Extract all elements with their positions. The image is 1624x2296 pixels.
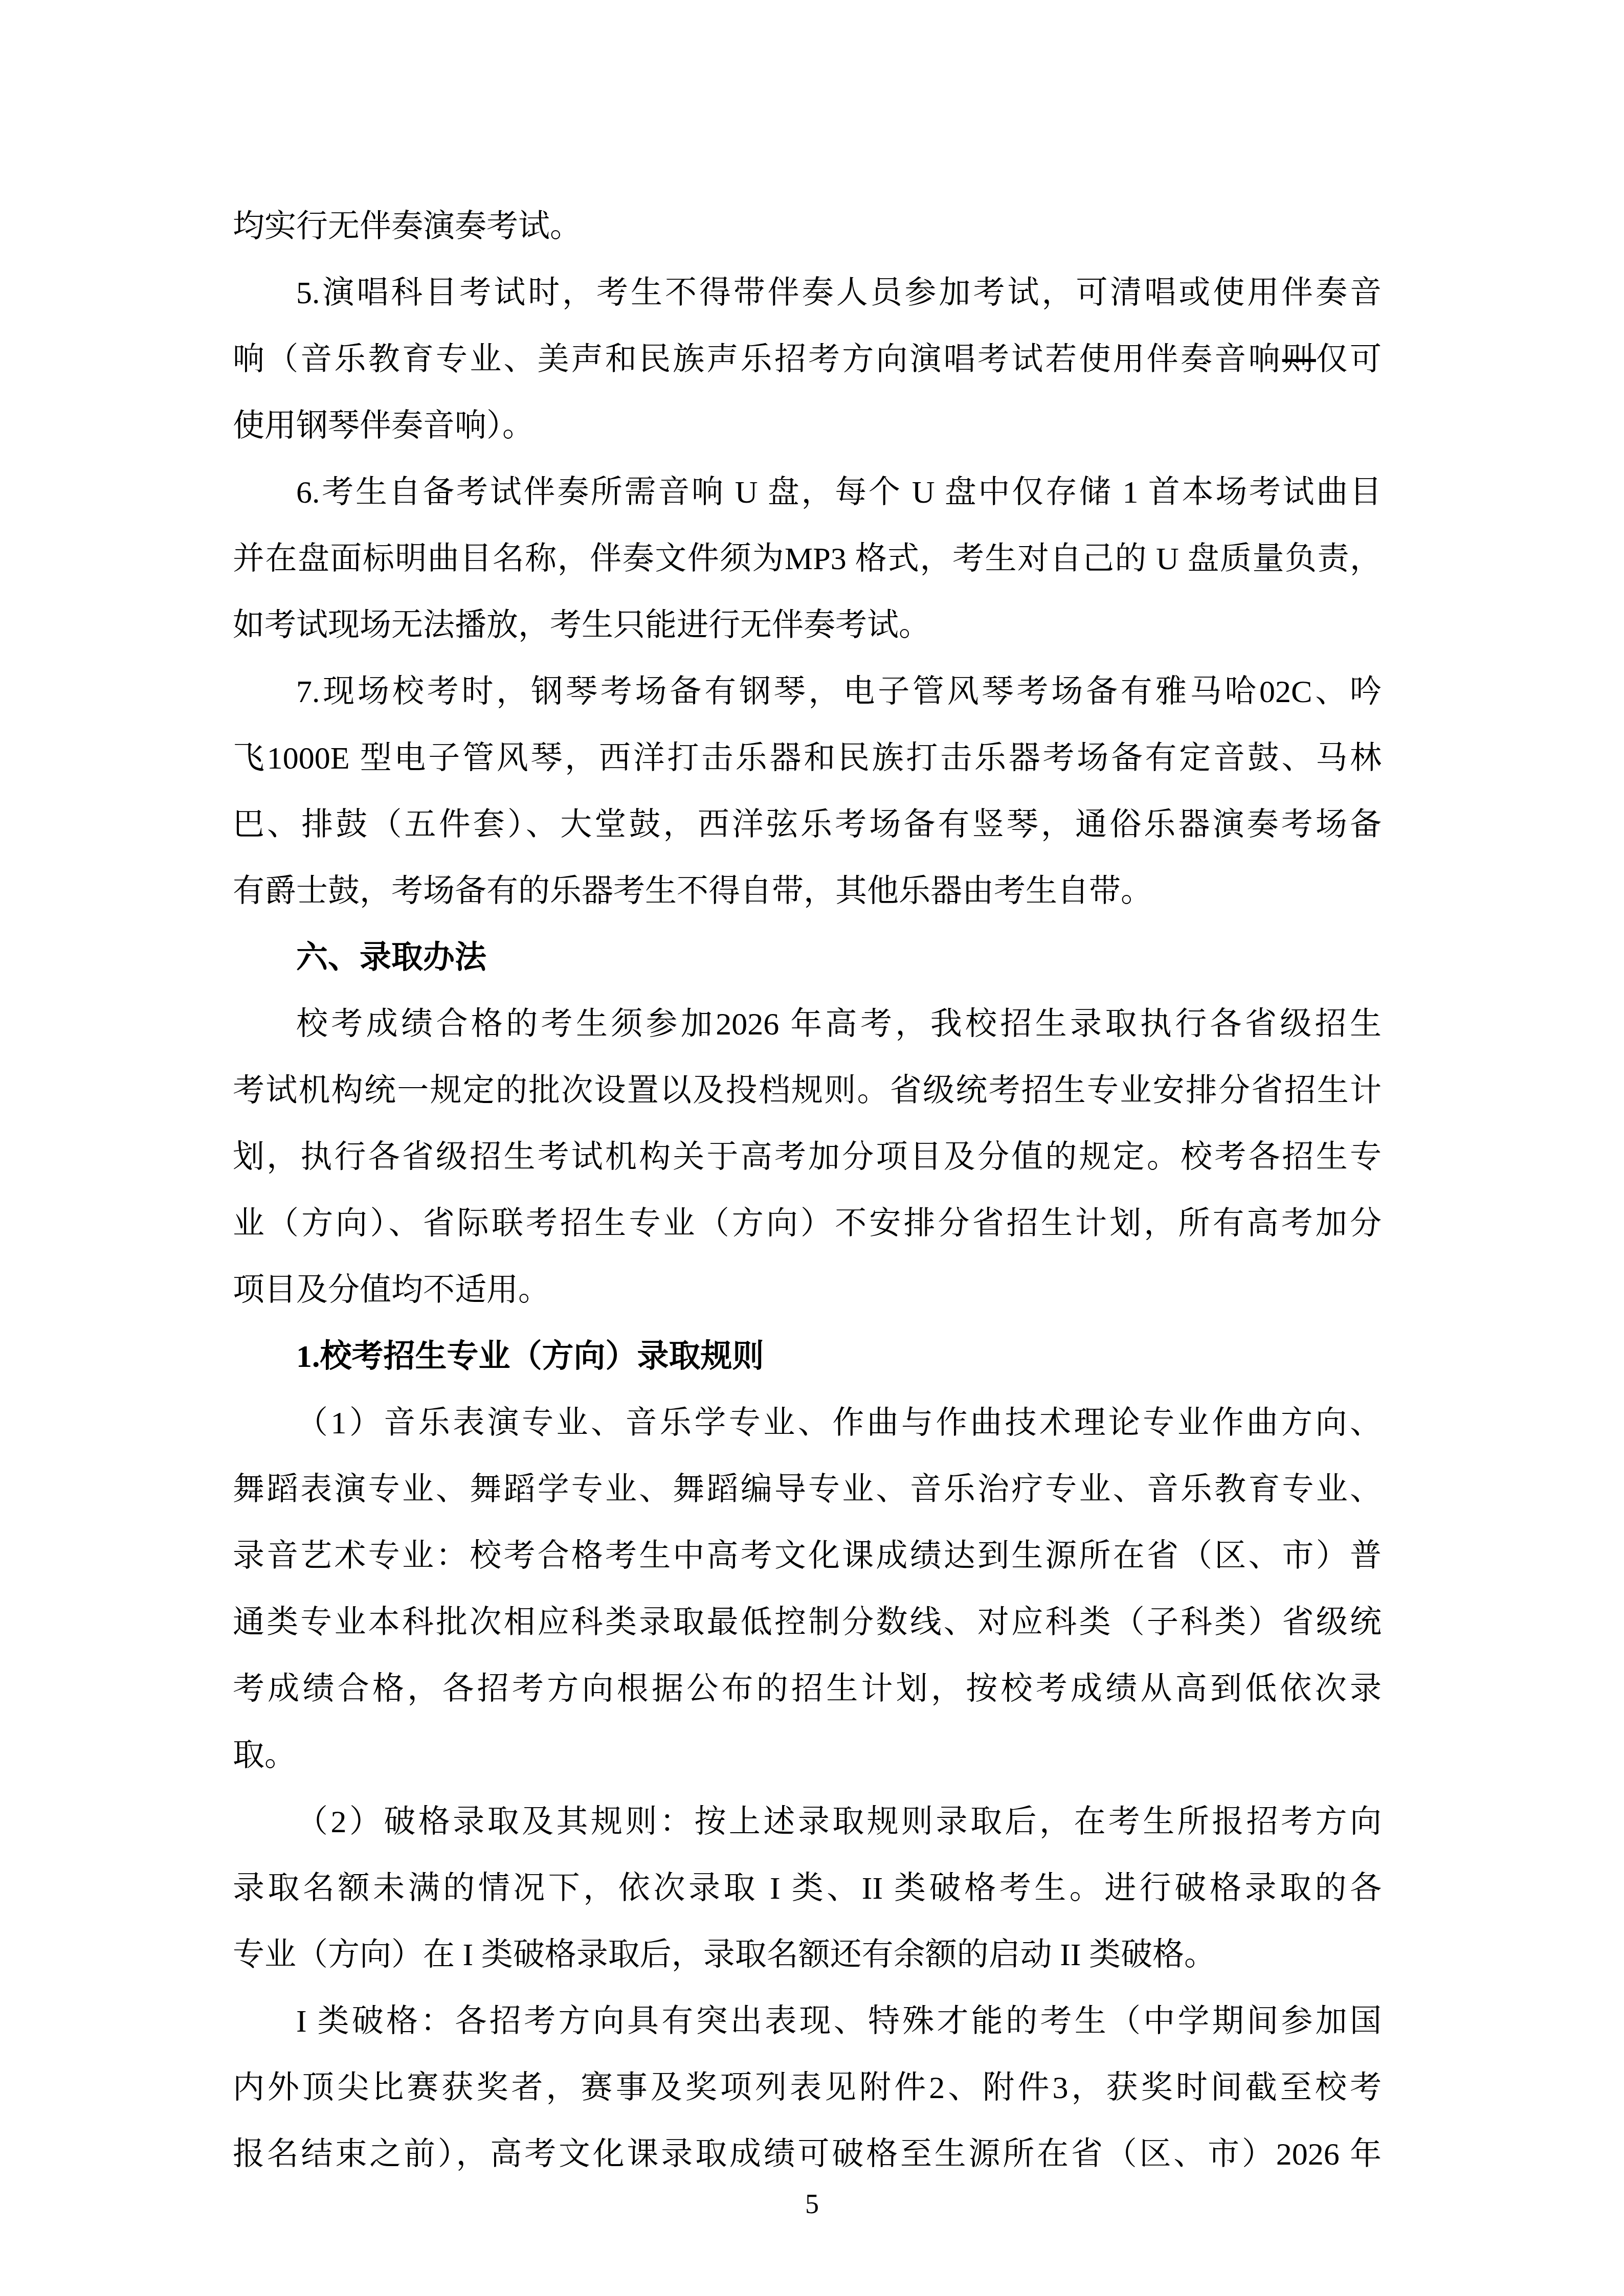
text-line: 取。 <box>233 1722 1382 1789</box>
text-line: 考试机构统一规定的批次设置以及投档规则。省级统考招生专业安排分省招生计 <box>233 1057 1382 1124</box>
line-text: 飞1000E 型电子管风琴，西洋打击乐器和民族打击乐器考场备有定音鼓、马林 <box>233 741 1382 776</box>
line-text: 业（方向）、省际联考招生专业（方向）不安排分省招生计划，所有高考加分 <box>233 1206 1382 1241</box>
line-text: 考成绩合格，各招考方向根据公布的招生计划，按校考成绩从高到低依次录 <box>233 1672 1382 1706</box>
line-text: 六、录取办法 <box>296 940 486 975</box>
line-text: 6.考生自备考试伴奏所需音响 U 盘，每个 U 盘中仅存储 1 首本场考试曲目 <box>296 475 1382 510</box>
deleted-text: 则 <box>1282 342 1316 377</box>
line-text: 考试机构统一规定的批次设置以及投档规则。省级统考招生专业安排分省招生计 <box>233 1073 1382 1108</box>
section-heading: 1.校考招生专业（方向）录取规则 <box>233 1323 1382 1390</box>
line-text: 项目及分值均不适用。 <box>233 1273 550 1308</box>
line-text: 均实行无伴奏演奏考试。 <box>233 209 582 244</box>
line-text: 仅可 <box>1316 342 1382 377</box>
text-line: （2）破格录取及其规则：按上述录取规则录取后，在考生所报招考方向 <box>233 1789 1382 1855</box>
text-line: 录取名额未满的情况下，依次录取 I 类、II 类破格考生。进行破格录取的各 <box>233 1855 1382 1922</box>
text-line: 7.现场校考时，钢琴考场备有钢琴，电子管风琴考场备有雅马哈02C、吟 <box>233 659 1382 725</box>
text-line: 使用钢琴伴奏音响）。 <box>233 393 1382 459</box>
text-line: 录音艺术专业：校考合格考生中高考文化课成绩达到生源所在省（区、市）普 <box>233 1523 1382 1589</box>
text-line: 有爵士鼓，考场备有的乐器考生不得自带，其他乐器由考生自带。 <box>233 858 1382 925</box>
line-text: 巴、排鼓（五件套）、大堂鼓，西洋弦乐考场备有竖琴，通俗乐器演奏考场备 <box>233 807 1382 842</box>
document-page: { "colors": { "text": "#000000", "backgr… <box>0 0 1624 2296</box>
line-text: 取。 <box>233 1738 296 1773</box>
document-body: 均实行无伴奏演奏考试。5.演唱科目考试时，考生不得带伴奏人员参加考试，可清唱或使… <box>233 193 1382 2188</box>
line-text: 校考成绩合格的考生须参加2026 年高考，我校招生录取执行各省级招生 <box>296 1007 1382 1042</box>
text-line: 均实行无伴奏演奏考试。 <box>233 193 1382 260</box>
line-text: （1）音乐表演专业、音乐学专业、作曲与作曲技术理论专业作曲方向、 <box>296 1406 1382 1440</box>
text-line: 5.演唱科目考试时，考生不得带伴奏人员参加考试，可清唱或使用伴奏音 <box>233 260 1382 326</box>
line-text: 舞蹈表演专业、舞蹈学专业、舞蹈编导专业、音乐治疗专业、音乐教育专业、 <box>233 1472 1382 1507</box>
line-text: 录取名额未满的情况下，依次录取 I 类、II 类破格考生。进行破格录取的各 <box>233 1871 1382 1906</box>
text-line: 考成绩合格，各招考方向根据公布的招生计划，按校考成绩从高到低依次录 <box>233 1656 1382 1722</box>
line-text: （2）破格录取及其规则：按上述录取规则录取后，在考生所报招考方向 <box>296 1805 1382 1839</box>
text-line: 巴、排鼓（五件套）、大堂鼓，西洋弦乐考场备有竖琴，通俗乐器演奏考场备 <box>233 792 1382 858</box>
line-text: 并在盘面标明曲目名称，伴奏文件须为MP3 格式，考生对自己的 U 盘质量负责， <box>233 542 1382 576</box>
line-text: 专业（方向）在 I 类破格录取后，录取名额还有余额的启动 II 类破格。 <box>233 1938 1216 1972</box>
line-text: 1.校考招生专业（方向）录取规则 <box>296 1339 764 1374</box>
section-heading: 六、录取办法 <box>233 925 1382 991</box>
line-text: 有爵士鼓，考场备有的乐器考生不得自带，其他乐器由考生自带。 <box>233 874 1152 909</box>
text-line: （1）音乐表演专业、音乐学专业、作曲与作曲技术理论专业作曲方向、 <box>233 1390 1382 1456</box>
text-line: 项目及分值均不适用。 <box>233 1257 1382 1323</box>
line-text: 报名结束之前），高考文化课录取成绩可破格至生源所在省（区、市）2026 年 <box>233 2137 1382 2172</box>
text-line: 通类专业本科批次相应科类录取最低控制分数线、对应科类（子科类）省级统 <box>233 1589 1382 1656</box>
text-line: 6.考生自备考试伴奏所需音响 U 盘，每个 U 盘中仅存储 1 首本场考试曲目 <box>233 459 1382 526</box>
text-line: 校考成绩合格的考生须参加2026 年高考，我校招生录取执行各省级招生 <box>233 991 1382 1057</box>
text-line: 并在盘面标明曲目名称，伴奏文件须为MP3 格式，考生对自己的 U 盘质量负责， <box>233 526 1382 592</box>
text-line: 内外顶尖比赛获奖者，赛事及奖项列表见附件2、附件3，获奖时间截至校考 <box>233 2055 1382 2121</box>
line-text: 如考试现场无法播放，考生只能进行无伴奏考试。 <box>233 608 930 643</box>
text-line: 舞蹈表演专业、舞蹈学专业、舞蹈编导专业、音乐治疗专业、音乐教育专业、 <box>233 1456 1382 1523</box>
line-text: 响（音乐教育专业、美声和民族声乐招考方向演唱考试若使用伴奏音响 <box>233 342 1282 377</box>
text-line: 响（音乐教育专业、美声和民族声乐招考方向演唱考试若使用伴奏音响则仅可 <box>233 326 1382 393</box>
line-text: 7.现场校考时，钢琴考场备有钢琴，电子管风琴考场备有雅马哈02C、吟 <box>296 674 1382 709</box>
page-number: 5 <box>0 2173 1624 2235</box>
line-text: 5.演唱科目考试时，考生不得带伴奏人员参加考试，可清唱或使用伴奏音 <box>296 276 1382 310</box>
line-text: 通类专业本科批次相应科类录取最低控制分数线、对应科类（子科类）省级统 <box>233 1605 1382 1640</box>
text-line: 飞1000E 型电子管风琴，西洋打击乐器和民族打击乐器考场备有定音鼓、马林 <box>233 725 1382 792</box>
text-line: 划，执行各省级招生考试机构关于高考加分项目及分值的规定。校考各招生专 <box>233 1124 1382 1190</box>
line-text: 划，执行各省级招生考试机构关于高考加分项目及分值的规定。校考各招生专 <box>233 1140 1382 1175</box>
text-line: I 类破格：各招考方向具有突出表现、特殊才能的考生（中学期间参加国 <box>233 1988 1382 2055</box>
text-line: 如考试现场无法播放，考生只能进行无伴奏考试。 <box>233 592 1382 659</box>
text-line: 业（方向）、省际联考招生专业（方向）不安排分省招生计划，所有高考加分 <box>233 1190 1382 1257</box>
line-text: 录音艺术专业：校考合格考生中高考文化课成绩达到生源所在省（区、市）普 <box>233 1539 1382 1573</box>
line-text: 内外顶尖比赛获奖者，赛事及奖项列表见附件2、附件3，获奖时间截至校考 <box>233 2070 1382 2105</box>
line-text: 使用钢琴伴奏音响）。 <box>233 409 534 443</box>
text-line: 专业（方向）在 I 类破格录取后，录取名额还有余额的启动 II 类破格。 <box>233 1922 1382 1988</box>
line-text: I 类破格：各招考方向具有突出表现、特殊才能的考生（中学期间参加国 <box>296 2004 1382 2039</box>
